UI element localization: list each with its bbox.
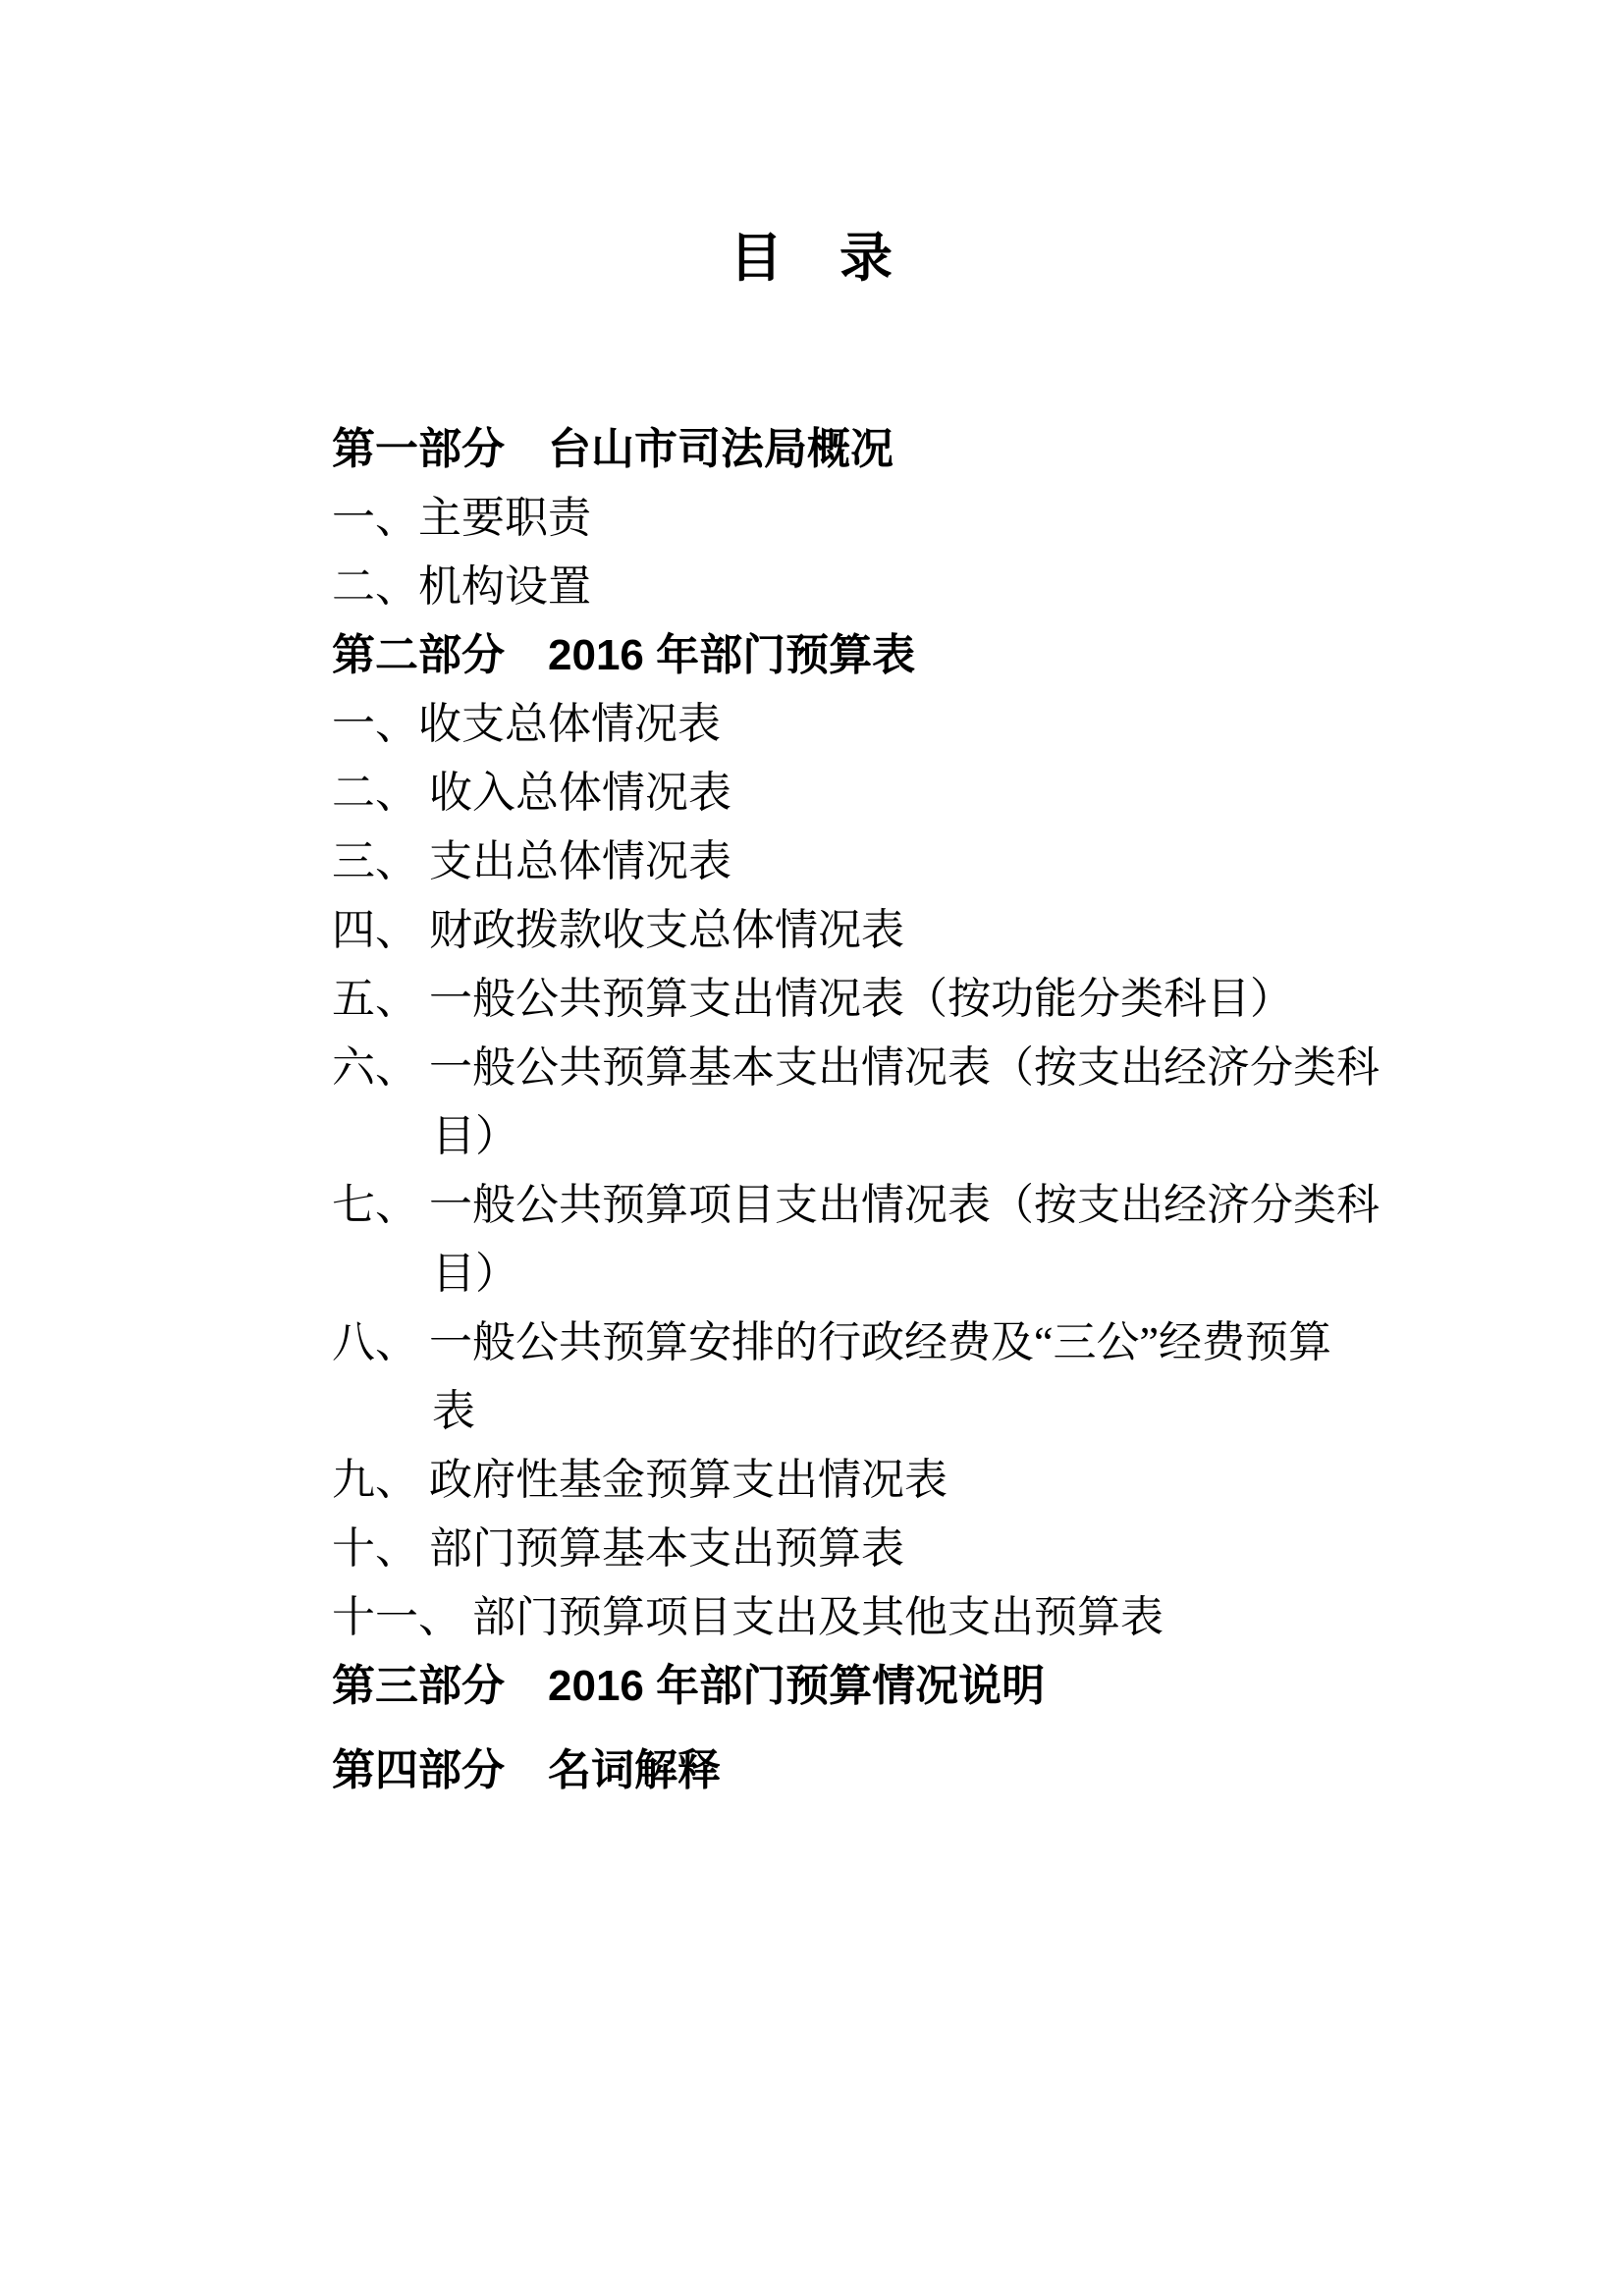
toc-line: 六、 一般公共预算基本支出情况表（按支出经济分类科 xyxy=(332,1034,1402,1102)
toc-item: 八、 一般公共预算安排的行政经费及“三公”经费预算表 xyxy=(332,1308,1402,1446)
page-title: 目 录 xyxy=(0,219,1624,297)
toc-item: 一、主要职责 xyxy=(332,484,1402,553)
toc-line: 一、主要职责 xyxy=(332,484,1402,553)
toc-line: 第四部分 名词解释 xyxy=(332,1736,1402,1805)
toc-line: 二、 收入总体情况表 xyxy=(332,759,1402,828)
toc-line: 八、 一般公共预算安排的行政经费及“三公”经费预算 xyxy=(332,1308,1402,1377)
toc-line: 四、 财政拨款收支总体情况表 xyxy=(332,896,1402,965)
toc-item: 二、机构设置 xyxy=(332,553,1402,621)
toc-item: 九、 政府性基金预算支出情况表 xyxy=(332,1446,1402,1515)
toc-line: 五、 一般公共预算支出情况表（按功能分类科目） xyxy=(332,965,1402,1034)
toc-item: 十一、 部门预算项目支出及其他支出预算表 xyxy=(332,1583,1402,1652)
toc-line-continuation: 目） xyxy=(332,1102,1402,1171)
toc-item: 二、 收入总体情况表 xyxy=(332,759,1402,828)
toc-section-heading: 第一部分 台山市司法局概况 xyxy=(332,415,1402,484)
table-of-contents: 第一部分 台山市司法局概况一、主要职责二、机构设置第二部分 2016 年部门预算… xyxy=(0,415,1624,1805)
document-page: 目 录 第一部分 台山市司法局概况一、主要职责二、机构设置第二部分 2016 年… xyxy=(0,0,1624,2296)
toc-item: 六、 一般公共预算基本支出情况表（按支出经济分类科目） xyxy=(332,1034,1402,1171)
toc-line-continuation: 表 xyxy=(332,1377,1402,1446)
toc-item: 三、 支出总体情况表 xyxy=(332,828,1402,896)
toc-line: 一、收支总体情况表 xyxy=(332,690,1402,759)
toc-section-heading: 第二部分 2016 年部门预算表 xyxy=(332,621,1402,690)
toc-line-continuation: 目） xyxy=(332,1240,1402,1308)
toc-line: 九、 政府性基金预算支出情况表 xyxy=(332,1446,1402,1515)
toc-line: 十一、 部门预算项目支出及其他支出预算表 xyxy=(332,1583,1402,1652)
toc-line: 第二部分 2016 年部门预算表 xyxy=(332,621,1402,690)
toc-line: 第三部分 2016 年部门预算情况说明 xyxy=(332,1652,1402,1721)
toc-section-heading: 第三部分 2016 年部门预算情况说明 xyxy=(332,1652,1402,1721)
toc-item: 十、 部门预算基本支出预算表 xyxy=(332,1515,1402,1583)
toc-item: 七、 一般公共预算项目支出情况表（按支出经济分类科目） xyxy=(332,1171,1402,1308)
toc-item: 五、 一般公共预算支出情况表（按功能分类科目） xyxy=(332,965,1402,1034)
toc-line: 二、机构设置 xyxy=(332,553,1402,621)
toc-item: 四、 财政拨款收支总体情况表 xyxy=(332,896,1402,965)
toc-line: 第一部分 台山市司法局概况 xyxy=(332,415,1402,484)
toc-line: 十、 部门预算基本支出预算表 xyxy=(332,1515,1402,1583)
toc-line: 三、 支出总体情况表 xyxy=(332,828,1402,896)
toc-line: 七、 一般公共预算项目支出情况表（按支出经济分类科 xyxy=(332,1171,1402,1240)
toc-item: 一、收支总体情况表 xyxy=(332,690,1402,759)
toc-section-heading: 第四部分 名词解释 xyxy=(332,1736,1402,1805)
